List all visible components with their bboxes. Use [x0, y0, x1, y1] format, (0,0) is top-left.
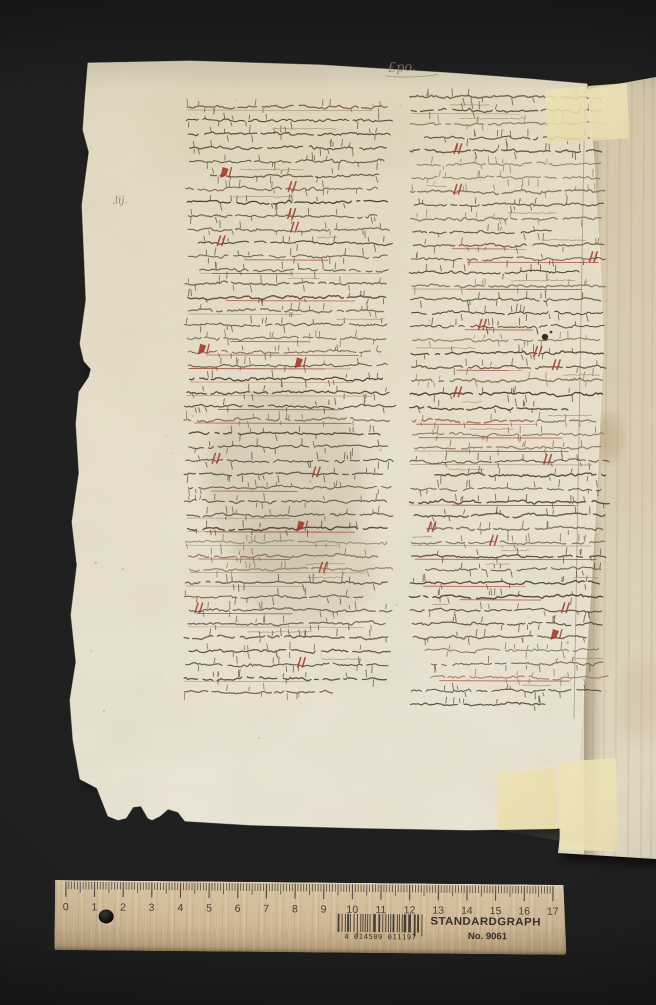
photo-stage: £po. .lij. 01234567891011121314151617 4 …	[0, 0, 656, 1005]
ruler: 01234567891011121314151617 4 014509 0111…	[54, 880, 567, 955]
ruler-model: No. 9061	[442, 931, 532, 943]
tape-patch-top	[545, 83, 629, 143]
svg-text:£po.: £po.	[386, 60, 416, 77]
ruler-brand: STANDARDGRAPH	[413, 916, 559, 929]
barcode-digits: 4 014509 011197	[334, 933, 426, 942]
manuscript-photo: £po. .lij.	[0, 0, 656, 1005]
quire-mark: .lij.	[111, 195, 128, 207]
